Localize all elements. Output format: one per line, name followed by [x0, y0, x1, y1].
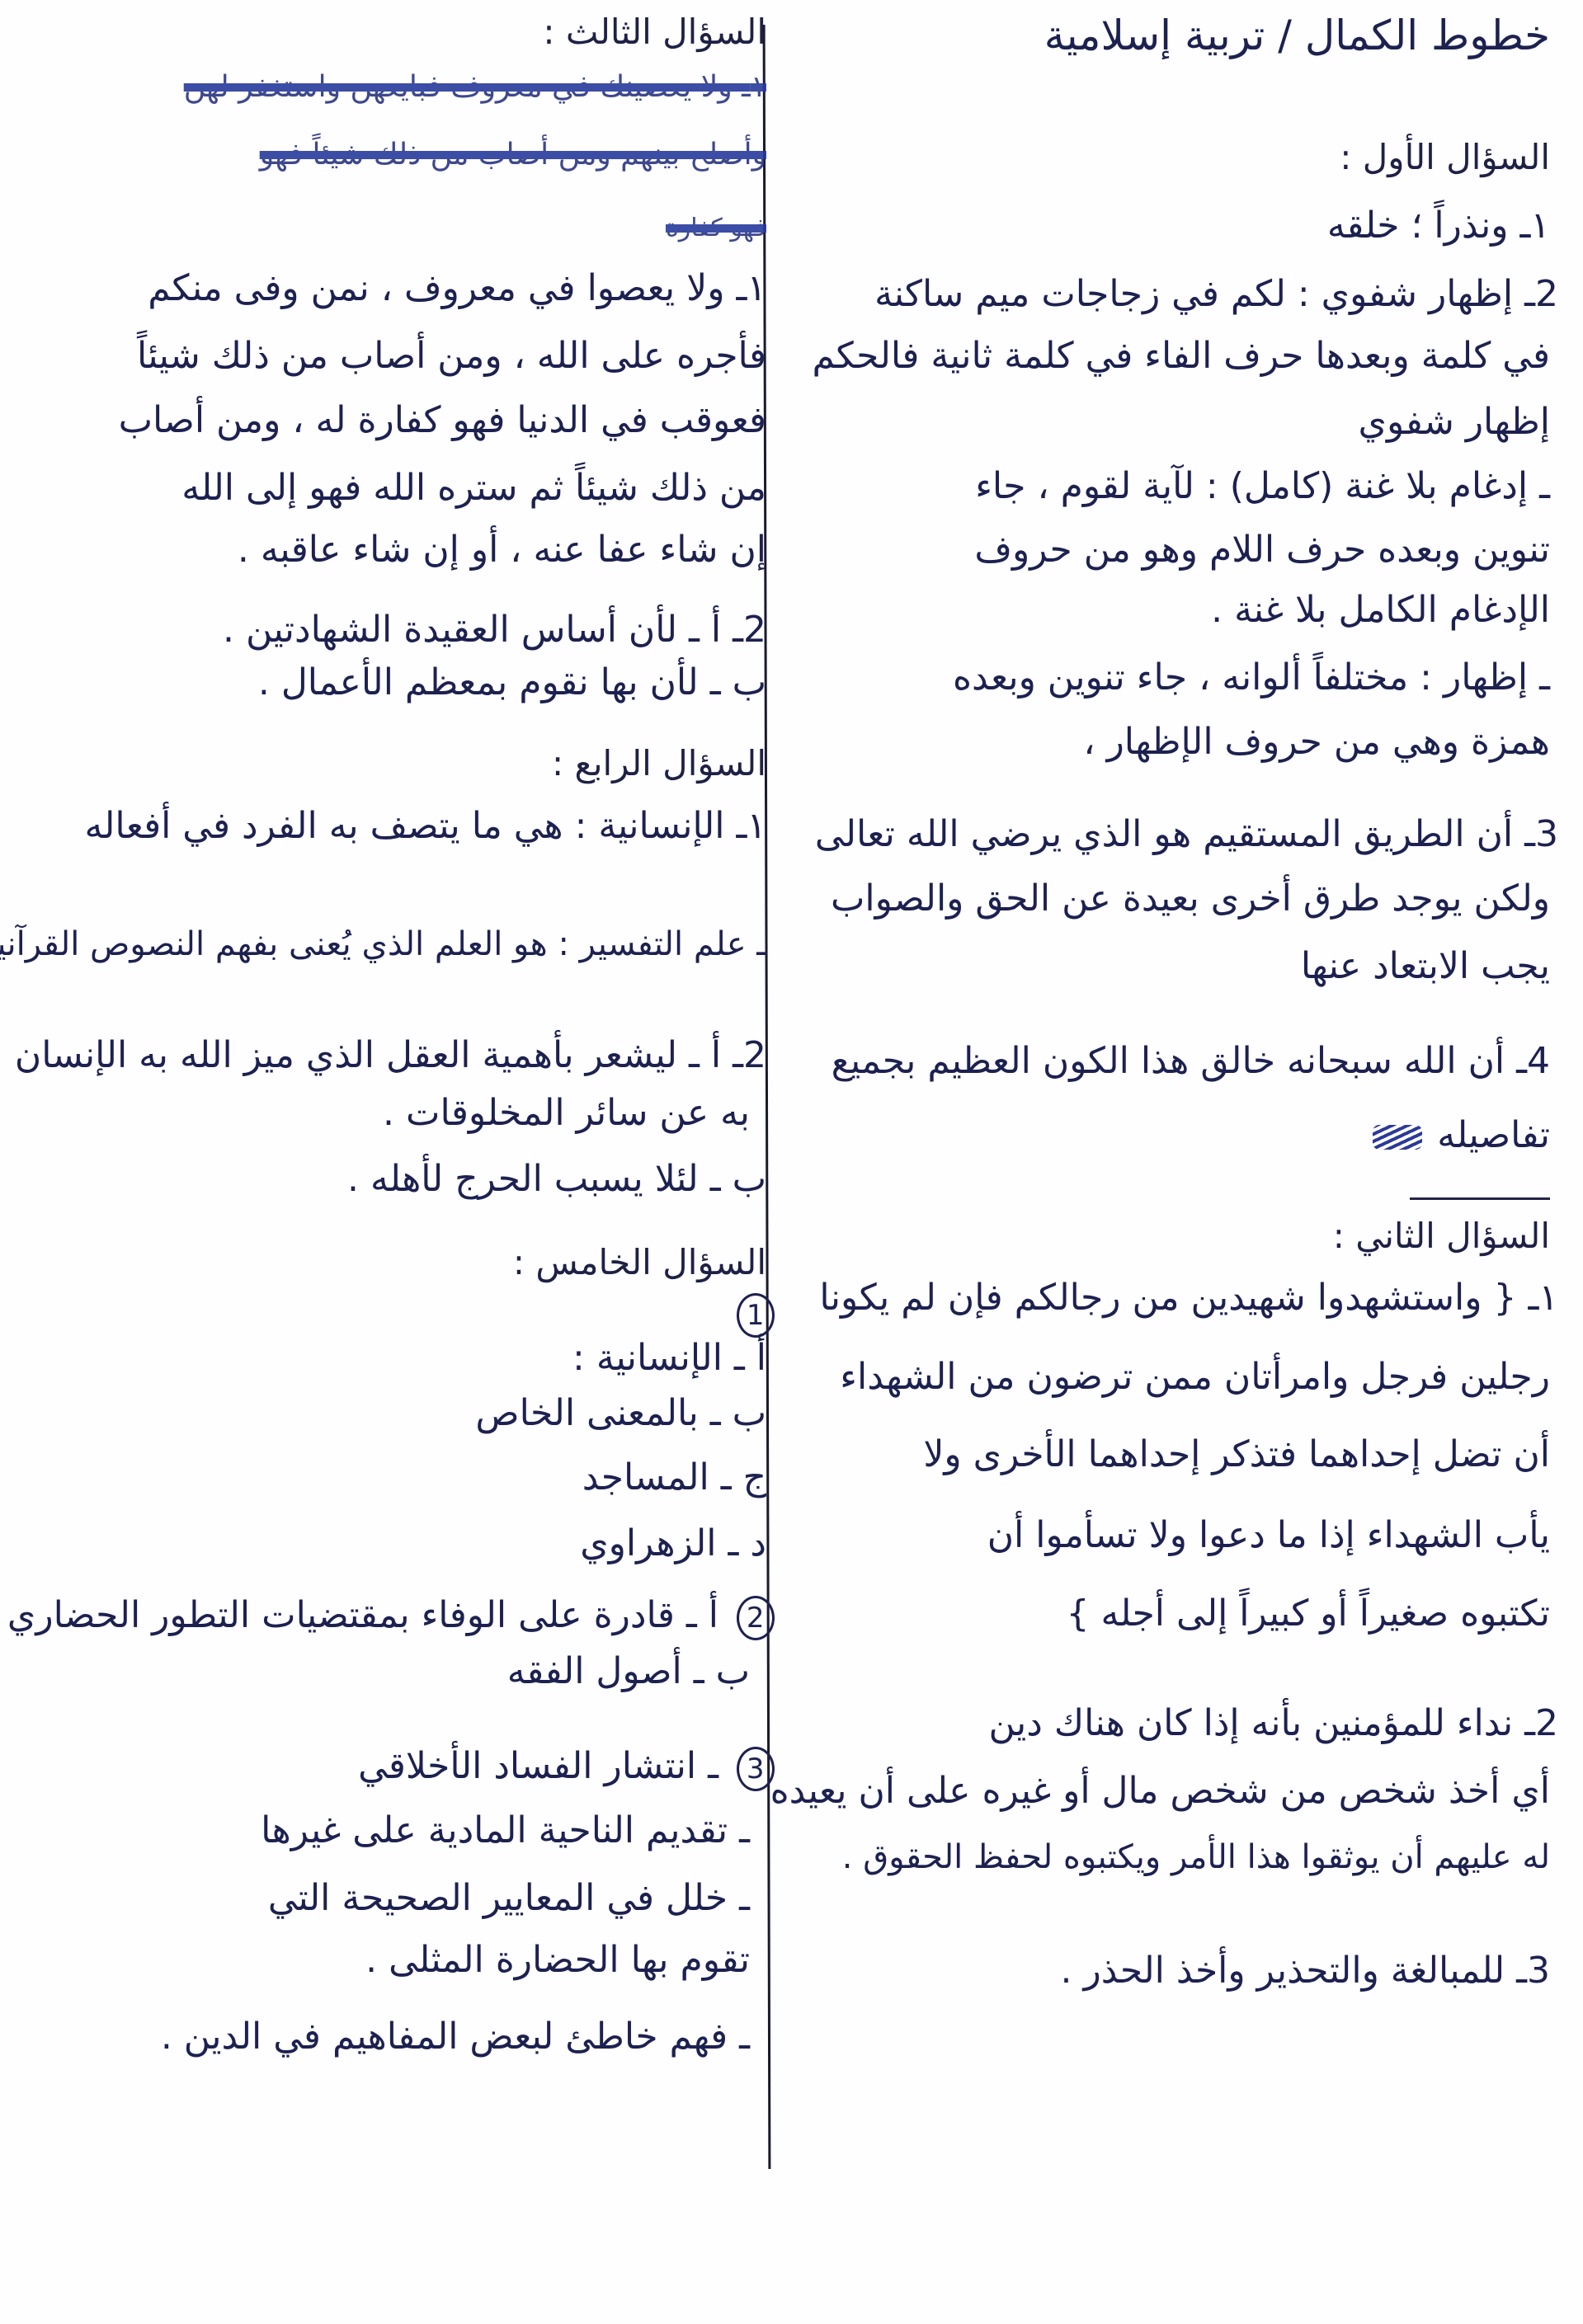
q4-line: ب ـ لئلا يسبب الحرج لأهله . [347, 1161, 766, 1197]
q1-line: ـ إظهار : مختلفاً ألوانه ، جاء تنوين وبع… [953, 660, 1550, 696]
q1-line: ولكن يوجد طرق أخرى بعيدة عن الحق والصواب [831, 881, 1550, 917]
q5-line: ج ـ المساجد [582, 1460, 766, 1496]
q1-line: 2ـ إظهار شفوي : لكم في زجاجات ميم ساكنة [874, 276, 1558, 313]
q2-line: ١ـ { واستشهدوا شهيدين من رجالكم فإن لم ي… [819, 1280, 1558, 1316]
q5-line: ب ـ أصول الفقه [507, 1654, 750, 1690]
q1-line: إظهار شفوي [1359, 404, 1550, 440]
q1-line: ـ إدغام بلا غنة (كامل) : لآية لقوم ، جاء [975, 468, 1550, 505]
q3-line: فأجره على الله ، ومن أصاب من ذلك شيئاً [137, 338, 766, 374]
q1-line: 4ـ أن الله سبحانه خالق هذا الكون العظيم … [832, 1043, 1550, 1080]
q3-line: إن شاء عفا عنه ، أو إن شاء عاقبه . [238, 532, 766, 568]
circled-number-2: 2 [737, 1596, 775, 1640]
q1-heading: السؤال الأول : [1340, 140, 1550, 175]
q2-line: رجلين فرجل وامرأتان ممن ترضون من الشهداء [840, 1359, 1550, 1395]
q3-struck-line: ١ـ ولا يعصينك في معروف فبايعهن واستغفر ل… [184, 73, 766, 102]
q2-line: 2ـ نداء للمؤمنين بأنه إذا كان هناك دين [989, 1705, 1559, 1742]
section-separator-rule [1410, 1197, 1550, 1200]
q2-heading: السؤال الثاني : [1333, 1219, 1550, 1254]
q3-line: 2ـ أ ـ لأن أساس العقيدة الشهادتين . [223, 612, 766, 648]
q4-line: 2ـ أ ـ ليشعر بأهمية العقل الذي ميز الله … [15, 1037, 766, 1074]
q1-line: همزة وهي من حروف الإظهار ، [1083, 724, 1550, 760]
q1-line: تنوين وبعده حرف اللام وهو من حروف [974, 532, 1550, 568]
q5-part1-marker: 1 [730, 1293, 775, 1338]
q5-line: تقوم بها الحضارة المثلى . [365, 1942, 750, 1978]
q1-line: في كلمة وبعدها حرف الفاء في كلمة ثانية ف… [813, 338, 1550, 374]
q2-line: يأب الشهداء إذا ما دعوا ولا تسأموا أن [987, 1517, 1550, 1554]
q3-line: من ذلك شيئاً ثم ستره الله فهو إلى الله [181, 470, 766, 506]
q5-part2-line: 2 أ ـ قادرة على الوفاء بمقتضيات التطور ا… [7, 1596, 775, 1640]
q2-line: له عليهم أن يوثقوا هذا الأمر ويكتبوه لحف… [842, 1841, 1550, 1874]
q3-struck-line: وأصلح بينهم ومن أصاب من ذلك شيئاً فهو [260, 140, 766, 170]
q5-line-text: أ ـ قادرة على الوفاء بمقتضيات التطور الح… [7, 1594, 718, 1636]
q5-line: أ ـ الإنسانية : [572, 1340, 766, 1376]
q5-part3-line: 3 ـ انتشار الفساد الأخلاقي [358, 1747, 775, 1791]
q4-line: ـ علم التفسير : هو العلم الذي يُعنى بفهم… [0, 928, 766, 961]
q1-line: يجب الابتعاد عنها [1301, 948, 1550, 985]
crossed-out-scribble [1373, 1125, 1422, 1150]
circled-number-1: 1 [737, 1293, 775, 1338]
q2-line: تكتبوه صغيراً أو كبيراً إلى أجله } [1066, 1596, 1550, 1632]
q3-heading: السؤال الثالث : [543, 15, 766, 49]
q5-line: ب ـ بالمعنى الخاص [475, 1395, 766, 1432]
q1-line-text: تفاصيله [1437, 1114, 1550, 1156]
answer-sheet-page: خطوط الكمال / تربية إسلامية السؤال الأول… [0, 0, 1583, 2324]
q3-line: ب ـ لأن بها نقوم بمعظم الأعمال . [258, 665, 766, 701]
q1-line: الإدغام الكامل بلا غنة . [1211, 592, 1550, 628]
q1-line: تفاصيله [1369, 1117, 1550, 1154]
q5-heading: السؤال الخامس : [513, 1245, 766, 1280]
q5-line-text: ـ انتشار الفساد الأخلاقي [358, 1745, 718, 1787]
q1-line: ١ـ ونذراً ؛ خلقه [1327, 208, 1550, 244]
q2-line: أي أخذ شخص من شخص مال أو غيره على أن يعي… [770, 1773, 1550, 1809]
q5-line: د ـ الزهراوي [580, 1526, 766, 1562]
q3-line: فعوقب في الدنيا فهو كفارة له ، ومن أصاب [119, 402, 766, 439]
circled-number-3: 3 [737, 1747, 775, 1791]
q4-line: به عن سائر المخلوقات . [383, 1095, 750, 1131]
q4-heading: السؤال الرابع : [552, 746, 766, 781]
q3-line: ١ـ ولا يعصوا في معروف ، نمن وفى منكم [148, 271, 766, 307]
q5-line: ـ تقديم الناحية المادية على غيرها [261, 1813, 750, 1849]
q1-line: 3ـ أن الطريق المستقيم هو الذي يرضي الله … [815, 816, 1558, 853]
q2-line: أن تضل إحداهما فتذكر إحداهما الأخرى ولا [923, 1437, 1550, 1473]
q3-struck-line: فهو كفارة [666, 216, 766, 241]
q4-line: ١ـ الإنسانية : هي ما يتصف به الفرد في أف… [84, 808, 766, 844]
q2-line: 3ـ للمبالغة والتحذير وأخذ الحذر . [1061, 1953, 1550, 1989]
q5-line: ـ خلل في المعايير الصحيحة التي [268, 1880, 750, 1917]
document-title: خطوط الكمال / تربية إسلامية [1044, 15, 1550, 56]
q5-line: ـ فهم خاطئ لبعض المفاهيم في الدين . [161, 2019, 750, 2055]
